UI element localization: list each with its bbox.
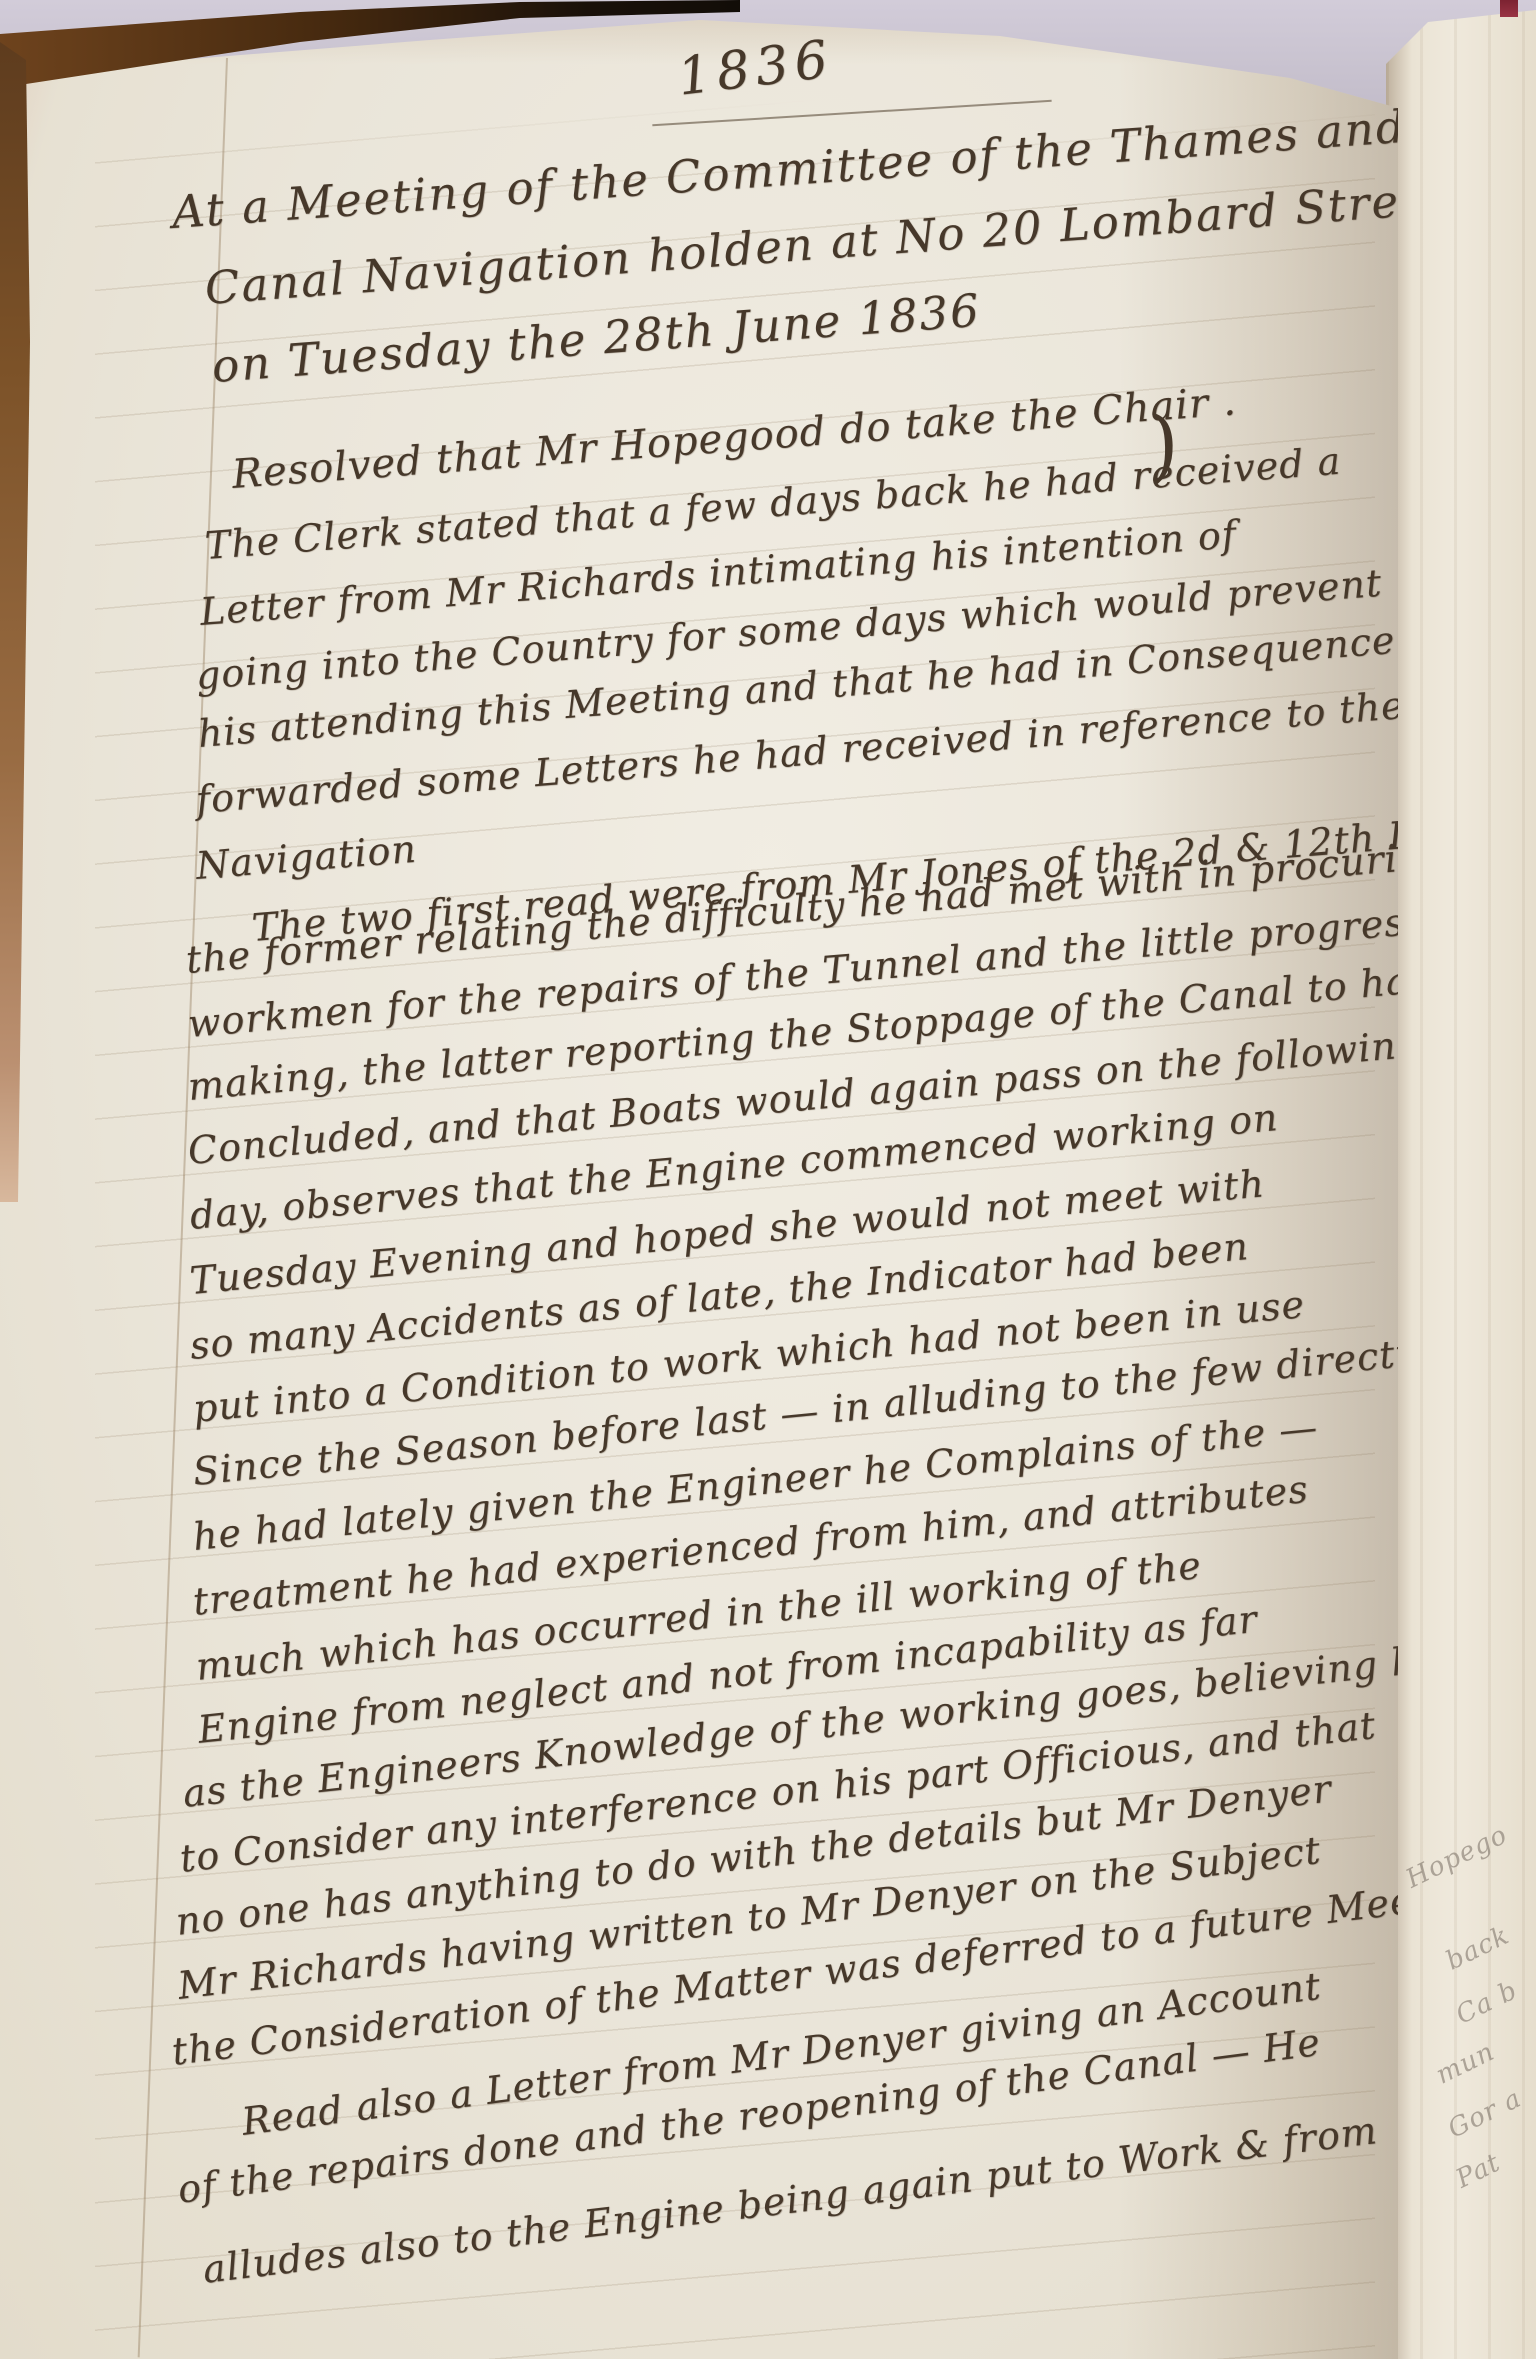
year-heading: 1836 xyxy=(674,29,836,108)
manuscript-photo: 1836 At a Meeting of the Committee of th… xyxy=(0,0,1536,2359)
manuscript-page: 1836 At a Meeting of the Committee of th… xyxy=(0,0,1398,2359)
red-edge-mark xyxy=(1500,0,1518,17)
